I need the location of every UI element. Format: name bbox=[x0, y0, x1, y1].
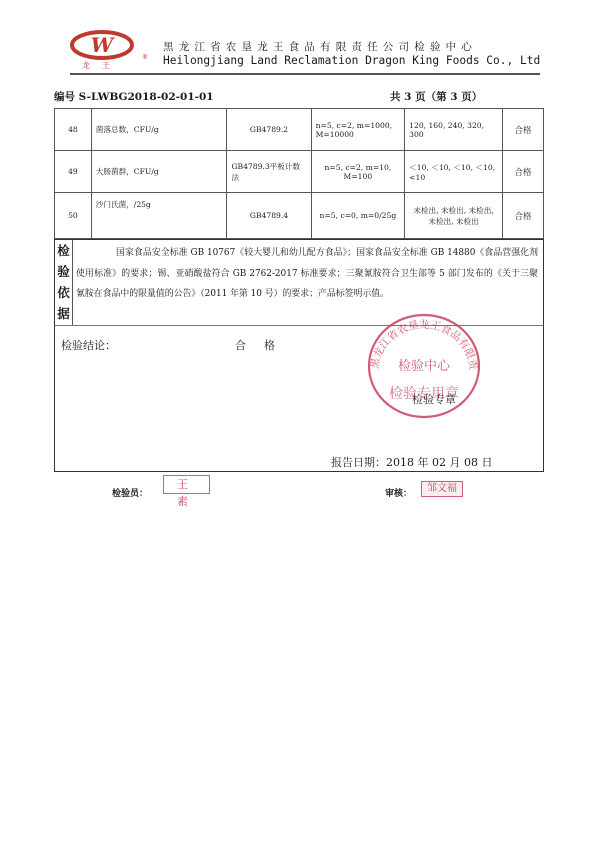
test-standard: GB4789.2 bbox=[227, 109, 311, 151]
row-number: 49 bbox=[55, 151, 92, 193]
report-date: 报告日期：2018 年 02 月 08 日 bbox=[331, 454, 492, 470]
judgment: 合格 bbox=[502, 109, 543, 151]
company-name-en: Heilongjiang Land Reclamation Dragon Kin… bbox=[163, 54, 540, 67]
table-row: 48 菌落总数，CFU/g GB4789.2 n=5, c=2, m=1000,… bbox=[55, 109, 544, 151]
results-table: 48 菌落总数，CFU/g GB4789.2 n=5, c=2, m=1000,… bbox=[54, 108, 544, 239]
judgment: 合格 bbox=[502, 151, 543, 193]
reviewer-label: 审核： bbox=[385, 486, 412, 499]
svg-text:W: W bbox=[91, 33, 116, 57]
label-char: 验 bbox=[55, 261, 72, 282]
test-item: 菌落总数，CFU/g bbox=[91, 109, 227, 151]
inspection-basis-text: 国家食品安全标准 GB 10767《较大婴儿和幼儿配方食品》；国家食品安全标准 … bbox=[76, 243, 538, 305]
header-divider bbox=[70, 73, 540, 75]
conclusion-value: 合格 bbox=[235, 337, 293, 353]
test-result: ＜10, ＜10, ＜10, ＜10, <10 bbox=[405, 151, 503, 193]
requirement: n=5, c=0, m=0/25g bbox=[311, 193, 405, 239]
reviewer-signature-stamp: 邹文福 bbox=[421, 481, 463, 497]
company-name-cn: 黑龙江省农垦龙王食品有限责任公司检验中心 bbox=[163, 39, 477, 54]
svg-text:龙王: 龙王 bbox=[82, 60, 122, 70]
test-item: 大肠菌群，CFU/g bbox=[91, 151, 227, 193]
judgment: 合格 bbox=[502, 193, 543, 239]
document-number: 编号 S-LWBG2018-02-01-01 bbox=[54, 89, 214, 104]
inspection-basis-label: 检 验 依 据 bbox=[55, 240, 73, 325]
table-row: 49 大肠菌群，CFU/g GB4789.3平板计数法 n=5, c=2, m=… bbox=[55, 151, 544, 193]
seal-overlay-text: 检验专章 bbox=[412, 391, 456, 407]
svg-text:检验中心: 检验中心 bbox=[398, 358, 451, 374]
letterhead: W 龙王 ® 黑龙江省农垦龙王食品有限责任公司检验中心 Heilongjiang… bbox=[68, 30, 540, 72]
test-standard: GB4789.3平板计数法 bbox=[227, 151, 311, 193]
label-char: 依 bbox=[55, 282, 72, 303]
requirement: n=5, c=2, m=1000, M=10000 bbox=[311, 109, 405, 151]
page-indicator: 共 3 页（第 3 页） bbox=[390, 89, 482, 104]
table-row: 50 沙门氏菌，/25g GB4789.4 n=5, c=0, m=0/25g … bbox=[55, 193, 544, 239]
test-item: 沙门氏菌，/25g bbox=[91, 193, 227, 239]
row-number: 48 bbox=[55, 109, 92, 151]
inspector-signature-stamp: 王 素 bbox=[163, 475, 210, 494]
test-standard: GB4789.4 bbox=[227, 193, 311, 239]
label-char: 据 bbox=[55, 303, 72, 324]
company-logo-icon: W 龙王 bbox=[68, 30, 140, 70]
conclusion-label: 检验结论： bbox=[61, 337, 116, 353]
inspector-label: 检验员： bbox=[112, 486, 148, 499]
row-number: 50 bbox=[55, 193, 92, 239]
test-result: 未检出, 未检出, 未检出, 未检出, 未检出 bbox=[405, 193, 503, 239]
label-char: 检 bbox=[55, 240, 72, 261]
registered-mark: ® bbox=[142, 54, 148, 61]
requirement: n=5, c=2, m=10, M=100 bbox=[311, 151, 405, 193]
test-result: 120, 160, 240, 320, 300 bbox=[405, 109, 503, 151]
